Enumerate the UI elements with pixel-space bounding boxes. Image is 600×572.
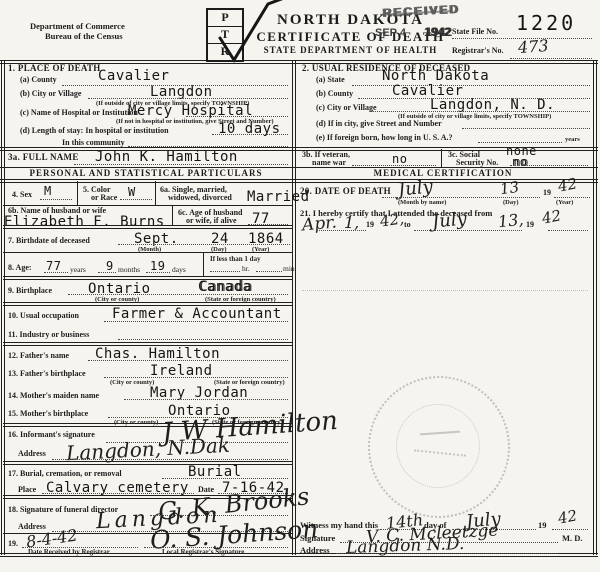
veteran-label-2: name war — [312, 159, 346, 168]
burial-line — [162, 477, 288, 479]
faint-crease-line — [302, 289, 588, 291]
title-department: STATE DEPARTMENT OF HEALTH — [228, 45, 473, 55]
ssn-value-overstrike: no — [512, 155, 527, 169]
mother-name-line — [124, 398, 288, 400]
race-value: W — [128, 185, 136, 199]
divider-age-lessday — [203, 252, 204, 276]
sec1-hospital-label: (c) Name of Hospital or Institution — [20, 109, 138, 118]
sec2-state-label: (a) State — [316, 76, 345, 85]
occupation-line — [104, 320, 288, 322]
date-of-death-label: 20. DATE OF DEATH — [300, 187, 391, 197]
state-file-label: State File No. — [452, 28, 498, 37]
dod-month-note: (Month by name) — [398, 199, 446, 206]
date-received-note: Date Received by Registrar — [28, 548, 110, 556]
sec1-hospital-line — [186, 115, 288, 117]
birthplace-line — [68, 293, 288, 295]
from-19-printed: 19 — [366, 221, 374, 230]
sec1-stay-line — [212, 133, 288, 135]
age-months-suffix: months — [118, 266, 140, 274]
attended-to-year: 42 — [541, 206, 563, 227]
dod-line-2 — [554, 196, 590, 198]
sec2-city-line — [370, 110, 590, 112]
race-line — [120, 198, 152, 200]
birthplace-label: 9. Birthplace — [8, 287, 52, 296]
informant-address-line — [52, 458, 288, 460]
ssn-label-2: Security No. — [456, 159, 498, 168]
sec1-county-label: (a) County — [20, 76, 57, 85]
sec2-foreign-line — [478, 141, 562, 143]
age-months-line — [98, 271, 116, 273]
dod-line-1 — [382, 196, 540, 198]
divider-5-6a — [155, 181, 156, 205]
embossed-seal-inner — [396, 404, 480, 488]
md-signature-label: Signature — [300, 534, 335, 543]
received-stamp-year: 1942 — [424, 25, 451, 39]
min-line — [256, 270, 282, 272]
burial-label: 17. Burial, cremation, or removal — [8, 470, 122, 479]
divider-6b-6c — [172, 205, 173, 226]
father-birthplace-line — [104, 376, 288, 378]
agency-line-2: Bureau of the Census — [45, 32, 123, 41]
date-of-death-year: 42 — [557, 174, 579, 195]
registrar-no-value: 473 — [517, 36, 549, 57]
burial-place-label: Place — [18, 486, 36, 495]
registrar-sig-note: Local Registrar's Signature — [162, 548, 244, 556]
fullname-line — [74, 163, 288, 165]
witness-19-printed: 19 — [538, 521, 547, 530]
sec1-community-label: In this community — [62, 139, 125, 148]
from-line-1 — [316, 229, 366, 231]
rule-under-row7 — [3, 252, 292, 253]
father-name-line — [88, 359, 288, 361]
dod-day-note: (Day) — [503, 199, 519, 206]
father-name-label: 12. Father's name — [8, 352, 69, 361]
hr-line — [210, 270, 240, 272]
border-left — [1, 60, 5, 555]
industry-line — [118, 338, 288, 340]
registrar-no-label: Registrar's No. — [452, 47, 504, 56]
age-years-line — [44, 271, 68, 273]
rule-under-row6b — [3, 225, 292, 229]
registrar-no-line — [510, 57, 592, 59]
to-19-printed: 19 — [526, 221, 534, 230]
sec2-city-label: (c) City or Village — [316, 104, 377, 113]
mother-birthplace-label: 15. Mother's birthplace — [8, 410, 88, 419]
attended-from-month: Apr. — [301, 213, 337, 236]
hr-label: hr. — [242, 265, 250, 273]
fullname-label: 3a. FULL NAME — [8, 153, 79, 163]
sec1-stay-label: (d) Length of stay: In hospital or insti… — [20, 127, 169, 136]
sec2-street-label: (d) If in city, give Street and Number — [316, 120, 442, 129]
age-label: 8. Age: — [8, 264, 32, 273]
min-label: min. — [283, 265, 297, 273]
dod-19-printed: 19 — [543, 189, 551, 198]
medical-section-header: MEDICAL CERTIFICATION — [296, 169, 590, 179]
witness-line-3 — [552, 528, 588, 530]
state-file-number: 1220 — [516, 11, 576, 35]
birthdate-label: 7. Birthdate of deceased — [8, 237, 90, 246]
informant-label: 16. Informant's signature — [8, 431, 95, 440]
mother-name-label: 14. Mother's maiden name — [8, 392, 99, 401]
row19-number: 19. — [8, 540, 18, 549]
md-address-line — [336, 552, 558, 554]
occupation-label: 10. Usual occupation — [8, 312, 79, 321]
age-days-line — [146, 271, 170, 273]
race-label-2: or Race — [91, 194, 117, 203]
sec2-street-line — [462, 127, 590, 129]
death-certificate-document: Department of Commerce Bureau of the Cen… — [0, 0, 600, 572]
agency-line-1: Department of Commerce — [30, 22, 125, 31]
border-right — [593, 60, 597, 555]
burial-place-line — [42, 492, 194, 494]
divider-3b-3c — [441, 149, 442, 167]
marital-label-2: widowed, divorced — [168, 194, 232, 203]
md-suffix-label: M. D. — [562, 534, 583, 543]
attended-from-year: 42, — [379, 209, 405, 230]
father-bp-city-note: (City or county) — [110, 379, 154, 386]
sec2-county-label: (b) County — [316, 90, 353, 99]
lessday-label: If less than 1 day — [210, 255, 261, 263]
father-birthplace-label: 13. Father's birthplace — [8, 370, 86, 379]
age-years-suffix: years — [70, 266, 86, 274]
witness-year-value: 42 — [557, 506, 579, 527]
ssn-line — [510, 164, 588, 166]
sec2-years-suffix: years — [565, 136, 580, 143]
sec1-city-line — [88, 97, 288, 99]
column-divider — [292, 60, 296, 555]
age-days-suffix: days — [172, 266, 186, 274]
md-address-value: Langdon N.D. — [346, 534, 465, 558]
sec2-state-line — [352, 84, 590, 86]
sec2-state-value: North Dakota — [382, 68, 489, 84]
sec2-foreign-label: (e) If foreign born, how long in U. S. A… — [316, 134, 453, 143]
sec1-title: 1. PLACE OF DEATH — [8, 64, 101, 74]
from-line-2 — [414, 229, 522, 231]
sex-value: M — [44, 184, 52, 198]
personal-section-header: PERSONAL AND STATISTICAL PARTICULARS — [6, 169, 286, 179]
sex-label: 4. Sex — [12, 191, 32, 200]
sec1-county-value: Cavalier — [98, 68, 169, 84]
md-address-label: Address — [300, 546, 330, 555]
to-word-printed: to — [404, 221, 411, 230]
sex-line — [40, 198, 72, 200]
from-line-3 — [548, 229, 588, 231]
sec1-city-label: (b) City or Village — [20, 90, 81, 99]
received-stamp-day: SEP 4 — [375, 27, 406, 39]
rule-under-row16 — [3, 461, 292, 465]
dod-year-note: (Year) — [556, 199, 573, 206]
birthdate-line — [118, 243, 290, 245]
veteran-line — [352, 164, 436, 166]
informant-address-label: Address — [18, 450, 46, 459]
industry-label: 11. Industry or business — [8, 331, 89, 340]
divider-4-5 — [77, 181, 78, 205]
sec1-community-line — [128, 145, 288, 147]
